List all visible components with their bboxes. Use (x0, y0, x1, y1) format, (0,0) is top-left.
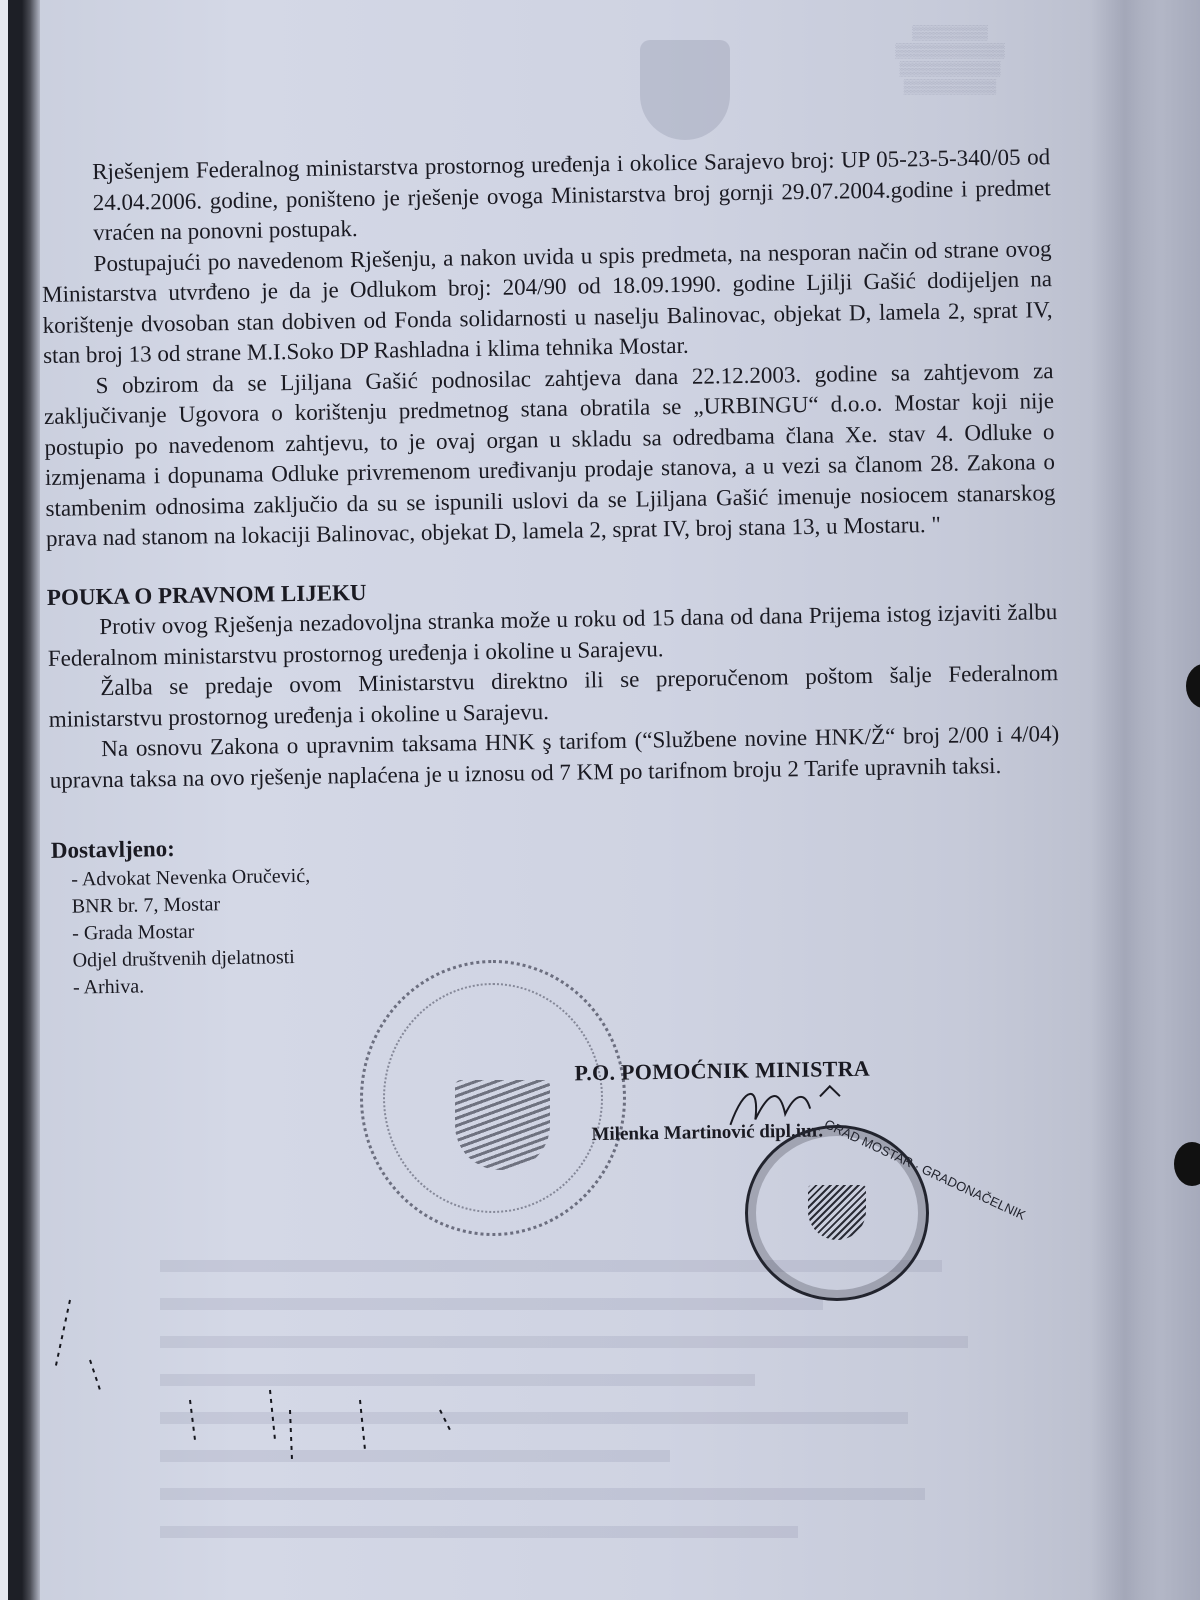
bleed-through-header: ▒▒▒▒▒▒▒▒▒▒▒▒▒▒▒▒▒▒▒▒▒▒▒▒▒▒▒▒▒▒▒▒▒▒▒▒▒▒▒▒… (840, 25, 1060, 97)
handwritten-signature-icon (725, 1078, 866, 1130)
bleed-through-crest (640, 40, 730, 140)
paragraph-findings: Postupajući po navedenom Rješenju, a nak… (41, 234, 1053, 372)
handwritten-marks-icon (30, 1280, 730, 1480)
stamp-crest-icon (455, 1080, 550, 1170)
paragraph-decision: S obzirom da se Ljiljana Gašić podnosila… (43, 356, 1056, 555)
paragraph-annulment: Rješenjem Federalnog ministarstva prosto… (40, 142, 1051, 249)
punch-hole (1186, 664, 1200, 708)
document-body: Rješenjem Federalnog ministarstva prosto… (40, 142, 1063, 1001)
paper-fold-shadow (1090, 0, 1160, 1600)
punch-hole (1174, 1142, 1200, 1186)
